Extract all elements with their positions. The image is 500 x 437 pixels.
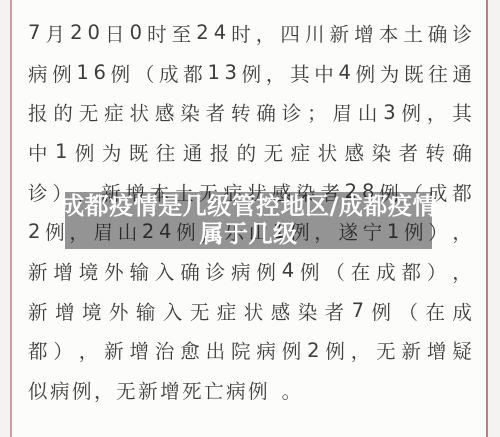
left-border-rule (10, 0, 12, 437)
watermark-text-line1: 成都疫情是几级管控地区/成都疫情 (60, 193, 437, 221)
text-line: 似病例，无新增死亡病例。 (28, 370, 472, 410)
watermark-overlay: 成都疫情是几级管控地区/成都疫情 属于几级 (65, 192, 432, 249)
text-line: 新增境外输入确诊病例4例（在成都）， (28, 251, 472, 291)
right-border-rule (486, 0, 488, 437)
text-line: 报的无症状感染者转确诊；眉山3例，其 (28, 92, 472, 132)
text-line: 7月20日0时至24时，四川新增本土确诊 (28, 13, 472, 53)
text-line: 病例16例（成都13例，其中4例为既往通 (28, 53, 472, 93)
screenshot-root: 7月20日0时至24时，四川新增本土确诊病例16例（成都13例，其中4例为既往通… (0, 0, 500, 437)
text-line: 新增境外输入无症状感染者7例（在成 (28, 291, 472, 331)
watermark-text-line2: 属于几级 (200, 221, 298, 249)
text-line: 都），新增治愈出院病例2例，无新增疑 (28, 331, 472, 371)
text-line: 中1例为既往通报的无症状感染者转确 (28, 132, 472, 172)
